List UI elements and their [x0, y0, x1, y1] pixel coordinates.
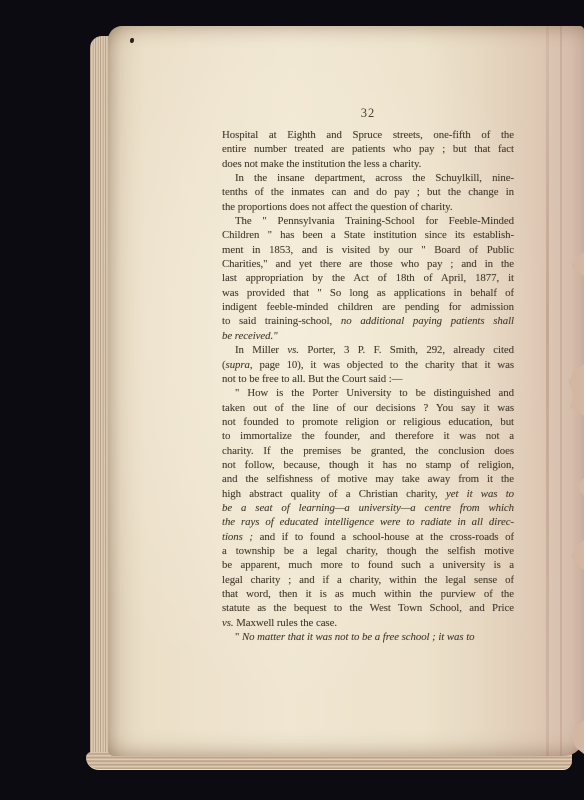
page-number: 32: [222, 106, 514, 121]
text-run: does not make the institution the less a…: [222, 158, 421, 170]
text-run: be apparent, much more to found such a u…: [222, 559, 514, 571]
text-run: charity. If the premises be granted, the…: [222, 445, 514, 457]
text-line: was provided that " So long as applicati…: [222, 286, 514, 300]
text-run: not to be free to all. But the Court sai…: [222, 373, 402, 385]
text-line: legal charity ; and if a charity, within…: [222, 573, 514, 587]
text-line: not founded to promote religion or relig…: [222, 415, 514, 429]
text-run: Children " has been a State institution …: [222, 229, 514, 241]
text-run: ment in 1853, and is visited by our " Bo…: [222, 244, 514, 256]
text-run: high abstract quality of a Christian cha…: [222, 488, 446, 500]
text-line: to immortalize the founder, and therefor…: [222, 429, 514, 443]
text-line: entire number treated are patients who p…: [222, 142, 514, 156]
italic-text-run: vs.: [287, 344, 299, 356]
text-run: tenths of the inmates can and do pay ; b…: [222, 186, 514, 198]
italic-text-run: the rays of educated intelligence were t…: [222, 516, 514, 528]
text-run: The " Pennsylvania Training-School for F…: [235, 215, 514, 227]
book-photo: 32 Hospital at Eighth and Spruce streets…: [0, 0, 584, 800]
text-run: Porter, 3 P. F. Smith, 292, already cite…: [299, 344, 514, 356]
italic-text-run: tions ;: [222, 531, 253, 543]
text-run: statute as the bequest to the West Town …: [222, 602, 514, 614]
text-line: that word, then it is as much within the…: [222, 587, 514, 601]
page-text: Hospital at Eighth and Spruce streets, o…: [222, 128, 514, 644]
text-line: not follow, because, though it has no st…: [222, 458, 514, 472]
text-line: In the insane department, across the Sch…: [222, 171, 514, 185]
text-line: (supra, page 10), it was objected to the…: [222, 358, 514, 372]
book-page: 32 Hospital at Eighth and Spruce streets…: [108, 26, 584, 756]
italic-text-run: No matter that it was not to be a free s…: [242, 631, 474, 643]
text-line: not to be free to all. But the Court sai…: [222, 372, 514, 386]
text-line: taken out of the line of our decisions ?…: [222, 401, 514, 415]
text-line: does not make the institution the less a…: [222, 157, 514, 171]
text-line: to said training-school, no additional p…: [222, 314, 514, 328]
italic-text-run: yet it was to: [446, 488, 514, 500]
torn-paper-bit: [569, 364, 584, 416]
text-run: to said training-school,: [222, 315, 341, 327]
torn-paper-bit: [572, 252, 584, 276]
text-run: and the selfishness of motive may take a…: [222, 473, 514, 485]
text-line: and the selfishness of motive may take a…: [222, 472, 514, 486]
text-line: last appropriation by the Act of 18th of…: [222, 271, 514, 285]
text-run: that word, then it is as much within the…: [222, 588, 514, 600]
text-run: indigent feeble-minded children are pend…: [222, 301, 514, 313]
text-run: and if to found a school-house at the cr…: [253, 531, 514, 543]
text-line: ment in 1853, and is visited by our " Bo…: [222, 243, 514, 257]
ink-speck: [130, 38, 134, 43]
text-run: entire number treated are patients who p…: [222, 143, 514, 155]
text-run: Hospital at Eighth and Spruce streets, o…: [222, 129, 514, 141]
text-run: ": [235, 631, 242, 643]
text-line: be apparent, much more to found such a u…: [222, 558, 514, 572]
text-run: taken out of the line of our decisions ?…: [222, 402, 514, 414]
gutter-crease-line: [546, 26, 549, 756]
text-run: the proportions does not affect the ques…: [222, 201, 452, 213]
italic-text-run: vs.: [222, 617, 234, 629]
text-line: be received.": [222, 329, 514, 343]
italic-text-run: no additional paying patients shall: [341, 315, 514, 327]
text-run: legal charity ; and if a charity, within…: [222, 574, 514, 586]
text-line: The " Pennsylvania Training-School for F…: [222, 214, 514, 228]
italic-text-run: be received.": [222, 330, 278, 342]
photo-background: { "colors": { "background": "#0c0b11", "…: [0, 0, 584, 800]
text-line: statute as the bequest to the West Town …: [222, 601, 514, 615]
text-run: Charities," and yet there are those who …: [222, 258, 514, 270]
text-line: be a seat of learning—a university—a cen…: [222, 501, 514, 515]
text-line: indigent feeble-minded children are pend…: [222, 300, 514, 314]
text-run: not follow, because, though it has no st…: [222, 459, 514, 471]
text-line: " How is the Porter University to be dis…: [222, 386, 514, 400]
text-line: In Miller vs. Porter, 3 P. F. Smith, 292…: [222, 343, 514, 357]
text-run: " How is the Porter University to be dis…: [235, 387, 514, 399]
text-run: Maxwell rules the case.: [234, 617, 337, 629]
text-run: In Miller: [235, 344, 287, 356]
text-run: not founded to promote religion or relig…: [222, 416, 514, 428]
text-run: In the insane department, across the Sch…: [235, 172, 514, 184]
text-run: was provided that " So long as applicati…: [222, 287, 514, 299]
text-line: tenths of the inmates can and do pay ; b…: [222, 185, 514, 199]
text-line: Charities," and yet there are those who …: [222, 257, 514, 271]
text-run: last appropriation by the Act of 18th of…: [222, 272, 514, 284]
text-line: Hospital at Eighth and Spruce streets, o…: [222, 128, 514, 142]
torn-paper-bit: [572, 540, 584, 570]
text-line: charity. If the premises be granted, the…: [222, 444, 514, 458]
text-run: , page 10), it was objected to the chari…: [250, 359, 514, 371]
text-run: a township be a legal charity, though th…: [222, 545, 514, 557]
italic-text-run: supra: [226, 359, 250, 371]
text-line: Children " has been a State institution …: [222, 228, 514, 242]
text-line: vs. Maxwell rules the case.: [222, 616, 514, 630]
text-line: the proportions does not affect the ques…: [222, 200, 514, 214]
italic-text-run: be a seat of learning—a university—a cen…: [222, 502, 514, 514]
text-line: tions ; and if to found a school-house a…: [222, 530, 514, 544]
torn-paper-bit: [575, 478, 584, 496]
text-run: to immortalize the founder, and therefor…: [222, 430, 514, 442]
text-line: a township be a legal charity, though th…: [222, 544, 514, 558]
text-line: the rays of educated intelligence were t…: [222, 515, 514, 529]
text-line: " No matter that it was not to be a free…: [222, 630, 514, 644]
gutter-crease-line-2: [560, 26, 562, 756]
torn-paper-bit: [571, 720, 584, 754]
text-line: high abstract quality of a Christian cha…: [222, 487, 514, 501]
